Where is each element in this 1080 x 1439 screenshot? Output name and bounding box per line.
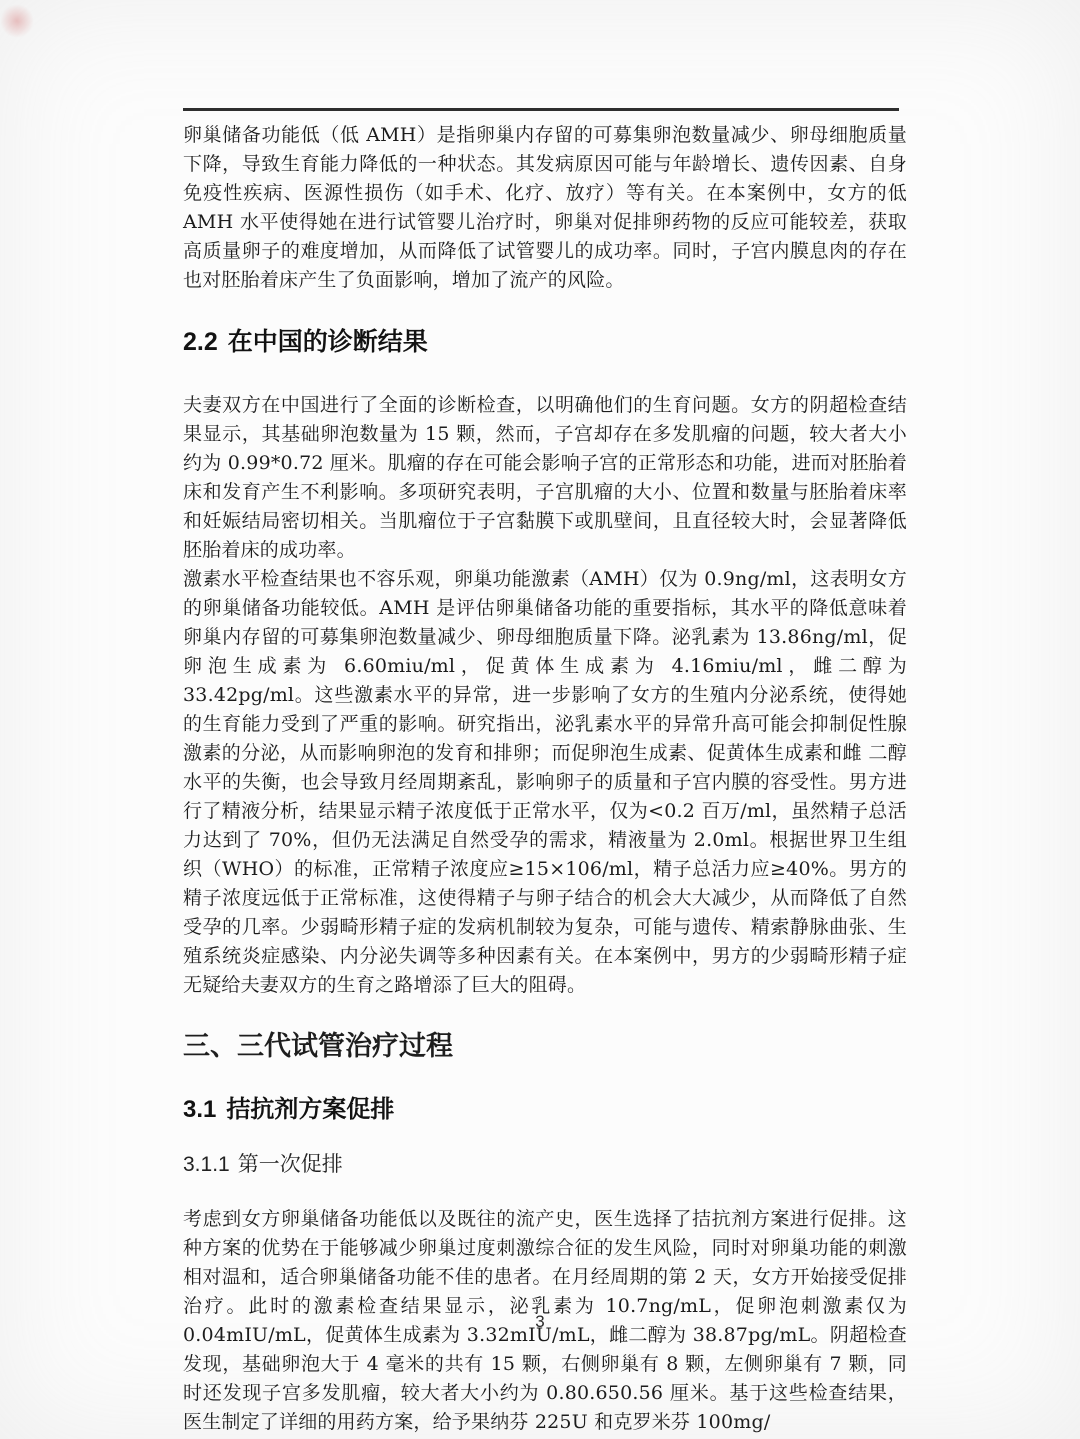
section-heading-3-1-1: 3.1.1第一次促排 [183,1150,907,1179]
section-heading-2-2: 2.2在中国的诊断结果 [183,325,907,359]
paragraph-hormone-semen-results: 激素水平检查结果也不容乐观，卵巢功能激素（AMH）仅为 0.9ng/ml，这表明… [183,565,907,1000]
section-3-1-number: 3.1 [183,1096,216,1123]
header-rule [183,108,899,111]
section-3-1-title: 拮抗剂方案促排 [226,1094,394,1123]
page-content: 卵巢储备功能低（低 AMH）是指卵巢内存留的可募集卵泡数量减少、卵母细胞质量下降… [183,108,907,1437]
paragraph-diagnosis-ultrasound: 夫妻双方在中国进行了全面的诊断检查，以明确他们的生育问题。女方的阴超检查结果显示… [183,391,907,565]
page-number: 3 [0,1312,1080,1332]
paragraph-intro-low-amh: 卵巢储备功能低（低 AMH）是指卵巢内存留的可募集卵泡数量减少、卵母细胞质量下降… [183,121,907,295]
document-page: 卵巢储备功能低（低 AMH）是指卵巢内存留的可募集卵泡数量减少、卵母细胞质量下降… [0,0,1080,1439]
section-3-1-1-title: 第一次促排 [238,1152,343,1176]
section-heading-3-1: 3.1拮抗剂方案促排 [183,1092,907,1126]
chapter-heading-3: 三、三代试管治疗过程 [183,1028,907,1066]
section-2-2-number: 2.2 [183,328,218,356]
section-2-2-title: 在中国的诊断结果 [228,327,428,356]
scan-artifact [0,4,34,38]
section-3-1-1-number: 3.1.1 [183,1153,230,1176]
